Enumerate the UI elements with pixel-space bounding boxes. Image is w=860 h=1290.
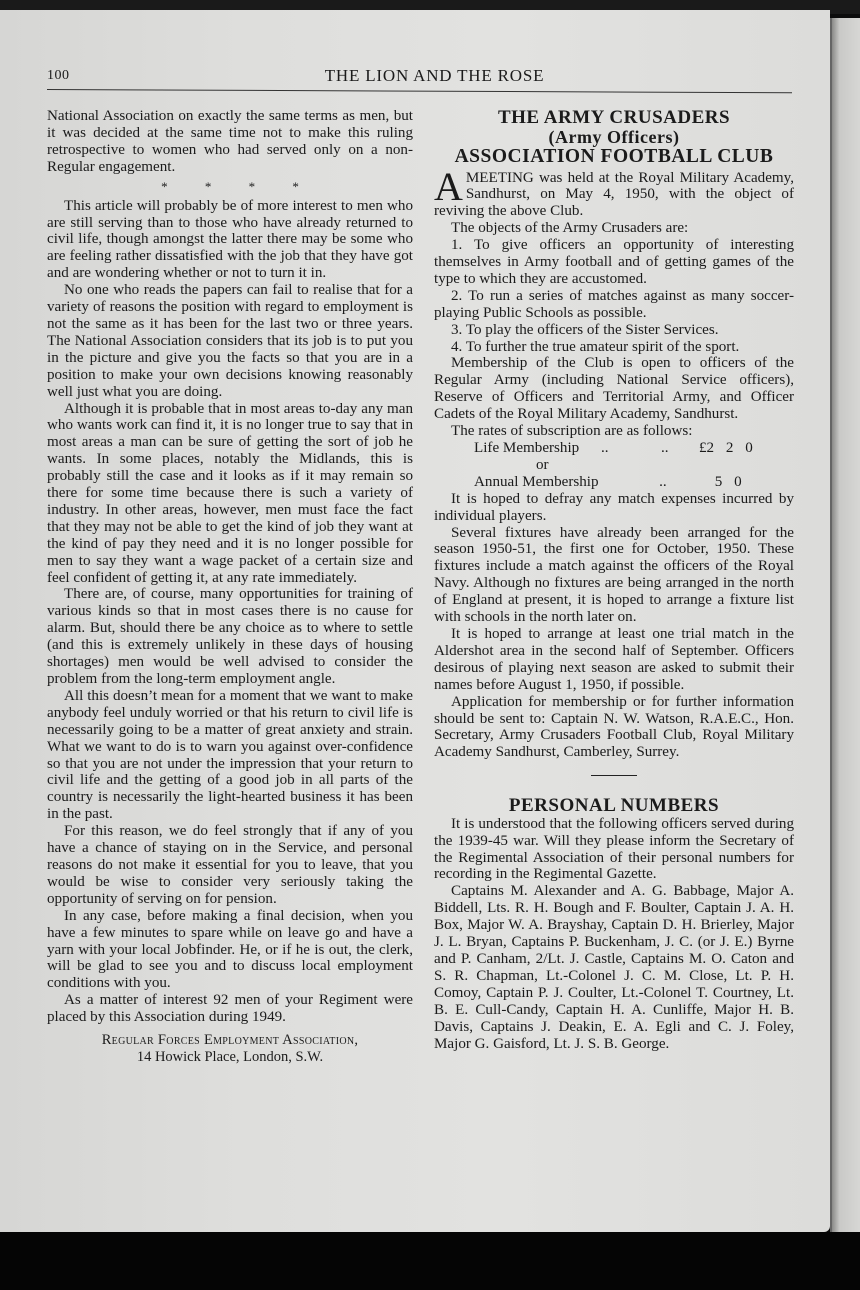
rate-leader: ..	[601, 440, 661, 457]
article-title-line3: ASSOCIATION FOOTBALL CLUB	[434, 147, 794, 167]
article-title: THE ARMY CRUSADERS	[434, 108, 794, 128]
article-paragraph: All this doesn’t mean for a moment that …	[47, 688, 413, 823]
intro-text: MEETING was held at the Royal Military A…	[434, 170, 794, 220]
article-title: PERSONAL NUMBERS	[434, 796, 794, 816]
page-header: 100 THE LION AND THE ROSE	[47, 64, 792, 90]
rate-row: Annual Membership .. 5 0	[474, 474, 794, 491]
rate-leader: ..	[661, 440, 699, 457]
article-paragraph: This article will probably be of more in…	[47, 198, 413, 283]
rate-amount: 5 0	[697, 474, 794, 491]
rate-label: Annual Membership	[474, 474, 600, 491]
rate-amount: £2 2 0	[699, 440, 779, 457]
drop-cap: A	[434, 171, 463, 203]
rates-intro: The rates of subscription are as follows…	[434, 423, 794, 440]
personal-numbers-article: PERSONAL NUMBERS It is understood that t…	[434, 796, 794, 1052]
rate-leader: ..	[659, 474, 697, 491]
running-head: THE LION AND THE ROSE	[47, 66, 792, 86]
section-divider	[591, 775, 637, 776]
article-paragraph: No one who reads the papers can fail to …	[47, 282, 413, 400]
article-paragraph: In any case, before making a final decis…	[47, 908, 413, 993]
rate-label: Life Membership	[474, 440, 601, 457]
object-item: 4. To further the true amateur spirit of…	[434, 339, 794, 356]
intro-paragraph: AMEETING was held at the Royal Military …	[434, 170, 794, 221]
section-separator: * * * *	[47, 179, 413, 195]
left-column: National Association on exactly the same…	[47, 108, 413, 1066]
article-paragraph: It is understood that the following offi…	[434, 816, 794, 884]
article-paragraph: It is hoped to arrange at least one tria…	[434, 626, 794, 694]
army-crusaders-article: THE ARMY CRUSADERS (Army Officers) ASSOC…	[434, 108, 794, 761]
facing-page-edge	[830, 18, 860, 1253]
subscription-rates: Life Membership .. .. £2 2 0 or Annual M…	[474, 440, 794, 491]
scan-background-bottom	[0, 1232, 860, 1290]
article-paragraph: As a matter of interest 92 men of your R…	[47, 992, 413, 1026]
article-paragraph: Application for membership or for furthe…	[434, 694, 794, 762]
article-paragraph: For this reason, we do feel strongly tha…	[47, 823, 413, 908]
signoff-address: 14 Howick Place, London, S.W.	[47, 1049, 413, 1066]
object-item: 2. To run a series of matches against as…	[434, 288, 794, 322]
rate-or: or	[474, 457, 794, 474]
rate-leader	[600, 474, 659, 491]
article-subtitle: (Army Officers)	[434, 128, 794, 148]
right-column: THE ARMY CRUSADERS (Army Officers) ASSOC…	[434, 108, 794, 1052]
article-paragraph: It is hoped to defray any match expenses…	[434, 491, 794, 525]
article-paragraph: Several fixtures have already been arran…	[434, 525, 794, 626]
article-paragraph: There are, of course, many opportunities…	[47, 586, 413, 687]
signoff-organisation: Regular Forces Employment Association,	[47, 1032, 413, 1049]
object-item: 3. To play the officers of the Sister Se…	[434, 322, 794, 339]
object-item: 1. To give officers an opportunity of in…	[434, 237, 794, 288]
rate-row: Life Membership .. .. £2 2 0	[474, 440, 794, 457]
officer-list: Captains M. Alexander and A. G. Babbage,…	[434, 883, 794, 1052]
objects-intro: The objects of the Army Crusaders are:	[434, 220, 794, 237]
article-paragraph: Although it is probable that in most are…	[47, 401, 413, 587]
membership-paragraph: Membership of the Club is open to office…	[434, 355, 794, 423]
continued-paragraph: National Association on exactly the same…	[47, 108, 413, 176]
signoff: Regular Forces Employment Association, 1…	[47, 1032, 413, 1066]
